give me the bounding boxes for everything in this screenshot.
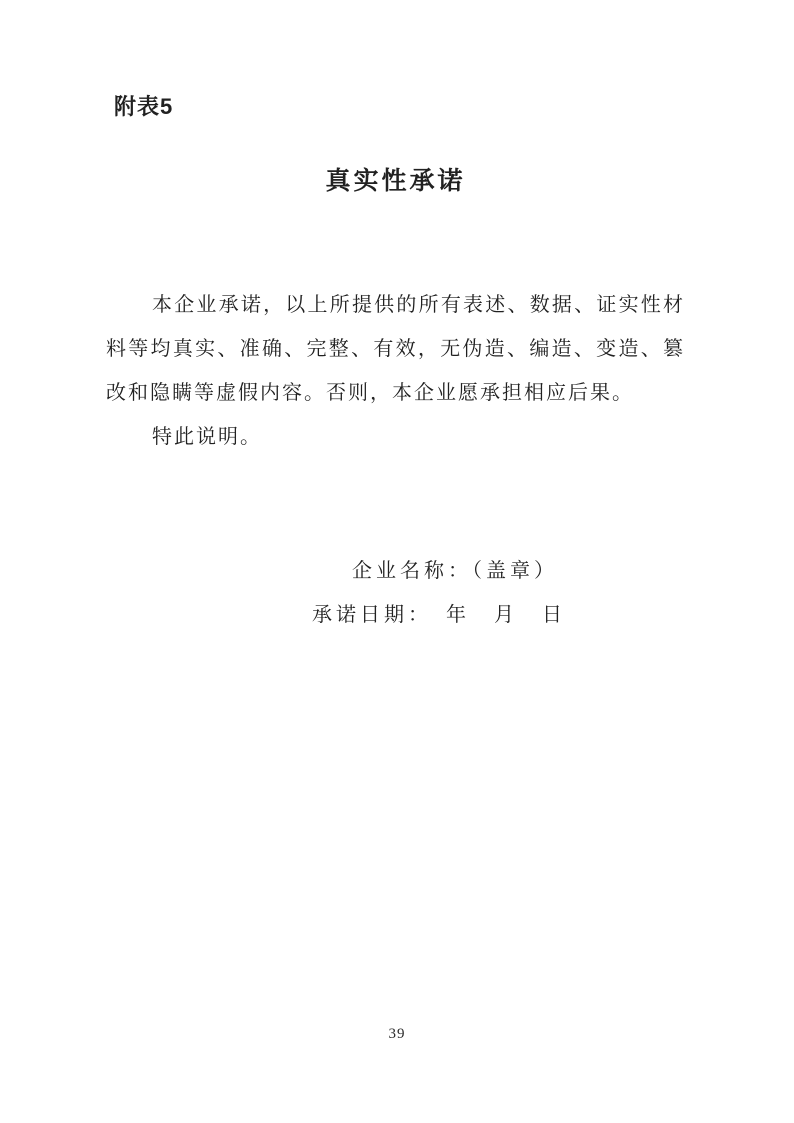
document-page: 附表5 真实性承诺 本企业承诺，以上所提供的所有表述、数据、证实性材 料等均真实… [0, 0, 794, 1123]
paragraph-line-2: 料等均真实、准确、完整、有效，无伪造、编造、变造、篡 [106, 327, 685, 371]
page-title: 真实性承诺 [106, 162, 685, 202]
paragraph-line-3: 改和隐瞒等虚假内容。否则，本企业愿承担相应后果。 [106, 371, 685, 415]
commitment-paragraph: 本企业承诺，以上所提供的所有表述、数据、证实性材 料等均真实、准确、完整、有效，… [106, 283, 685, 459]
annex-label: 附表5 [114, 92, 173, 122]
closing-line: 特此说明。 [106, 415, 685, 459]
signature-block: 企业名称：（盖章） 承诺日期： 年 月 日 [0, 549, 794, 637]
commitment-date-line: 承诺日期： 年 月 日 [312, 593, 794, 637]
page-number: 39 [0, 1026, 794, 1043]
company-name-line: 企业名称：（盖章） [352, 549, 794, 593]
paragraph-line-1: 本企业承诺，以上所提供的所有表述、数据、证实性材 [106, 283, 685, 327]
